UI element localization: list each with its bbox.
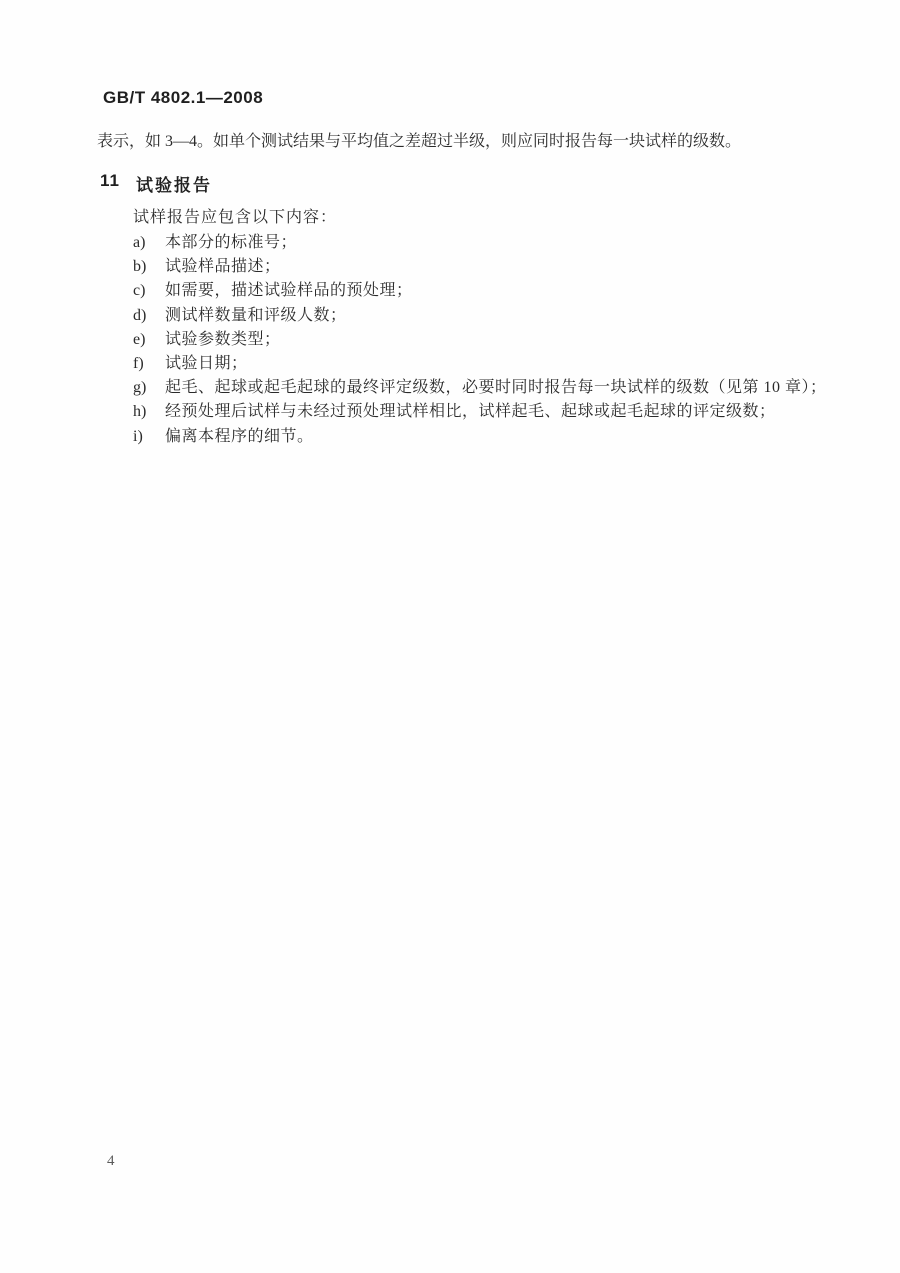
list-item-h: h) 经预处理后试样与未经过预处理试样相比，试样起毛、起球或起毛起球的评定级数；: [133, 400, 843, 424]
list-marker: c): [133, 279, 165, 303]
list-item-c: c) 如需要，描述试验样品的预处理；: [133, 279, 843, 303]
section-heading: 11 试验报告: [100, 171, 212, 196]
list-marker: d): [133, 304, 165, 328]
lead-paragraph: 试样报告应包含以下内容：: [133, 206, 337, 230]
document-header-code: GB/T 4802.1—2008: [103, 88, 263, 108]
list-item-text: 如需要，描述试验样品的预处理；: [165, 279, 843, 303]
list-item-text: 经预处理后试样与未经过预处理试样相比，试样起毛、起球或起毛起球的评定级数；: [165, 400, 843, 424]
list-item-text: 试验参数类型；: [165, 328, 843, 352]
section-title: 试验报告: [136, 171, 212, 196]
list-item-text: 试验样品描述；: [165, 255, 843, 279]
section-number: 11: [100, 171, 120, 196]
list-item-e: e) 试验参数类型；: [133, 328, 843, 352]
standard-document-page: GB/T 4802.1—2008 表示，如 3—4。如单个测试结果与平均值之差超…: [0, 0, 900, 1273]
list-marker: f): [133, 352, 165, 376]
list-item-text: 试验日期；: [165, 352, 843, 376]
list-item-d: d) 测试样数量和评级人数；: [133, 304, 843, 328]
list-item-text: 本部分的标准号；: [165, 231, 843, 255]
list-item-text: 起毛、起球或起毛起球的最终评定级数，必要时同时报告每一块试样的级数（见第 10 …: [165, 376, 843, 400]
list-marker: e): [133, 328, 165, 352]
list-item-a: a) 本部分的标准号；: [133, 231, 843, 255]
list-marker: i): [133, 425, 165, 449]
report-content-list: a) 本部分的标准号； b) 试验样品描述； c) 如需要，描述试验样品的预处理…: [133, 231, 843, 449]
list-item-text: 偏离本程序的细节。: [165, 425, 843, 449]
list-item-i: i) 偏离本程序的细节。: [133, 425, 843, 449]
list-marker: g): [133, 376, 165, 400]
list-item-g: g) 起毛、起球或起毛起球的最终评定级数，必要时同时报告每一块试样的级数（见第 …: [133, 376, 843, 400]
list-item-f: f) 试验日期；: [133, 352, 843, 376]
list-item-b: b) 试验样品描述；: [133, 255, 843, 279]
list-item-text: 测试样数量和评级人数；: [165, 304, 843, 328]
list-marker: a): [133, 231, 165, 255]
list-marker: h): [133, 400, 165, 424]
page-number: 4: [107, 1153, 115, 1170]
intro-paragraph: 表示，如 3—4。如单个测试结果与平均值之差超过半级，则应同时报告每一块试样的级…: [97, 130, 837, 154]
list-marker: b): [133, 255, 165, 279]
